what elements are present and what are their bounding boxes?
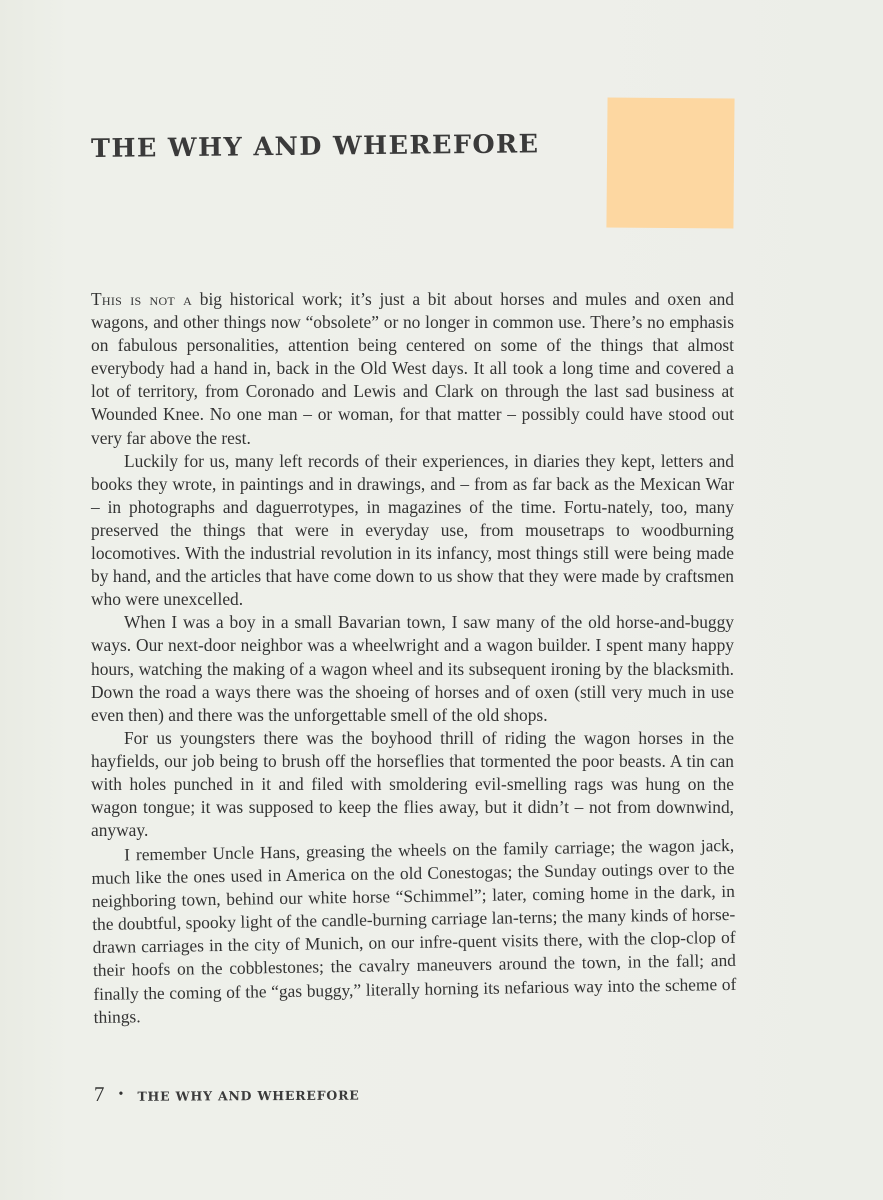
- body-text: This is not a big historical work; it’s …: [91, 288, 734, 1029]
- paragraph-2: Luckily for us, many left records of the…: [91, 450, 734, 612]
- running-head: THE WHY AND WHEREFORE: [137, 1088, 359, 1104]
- paragraph-1: This is not a big historical work; it’s …: [91, 288, 734, 450]
- book-page: THE WHY AND WHEREFORE This is not a big …: [0, 0, 883, 1200]
- paragraph-1-text: big historical work; it’s just a bit abo…: [91, 289, 734, 448]
- lead-in-small-caps: This is not a: [91, 289, 192, 309]
- page-number: 7: [94, 1082, 105, 1107]
- decorative-color-block: [606, 97, 734, 228]
- chapter-title: THE WHY AND WHEREFORE: [91, 129, 540, 164]
- page-footer: 7 • THE WHY AND WHEREFORE: [94, 1081, 360, 1107]
- paragraph-5: I remember Uncle Hans, greasing the whee…: [91, 834, 737, 1029]
- paragraph-4: For us youngsters there was the boyhood …: [91, 727, 734, 842]
- paragraph-3: When I was a boy in a small Bavarian tow…: [91, 611, 734, 726]
- bullet-separator-icon: •: [118, 1087, 123, 1103]
